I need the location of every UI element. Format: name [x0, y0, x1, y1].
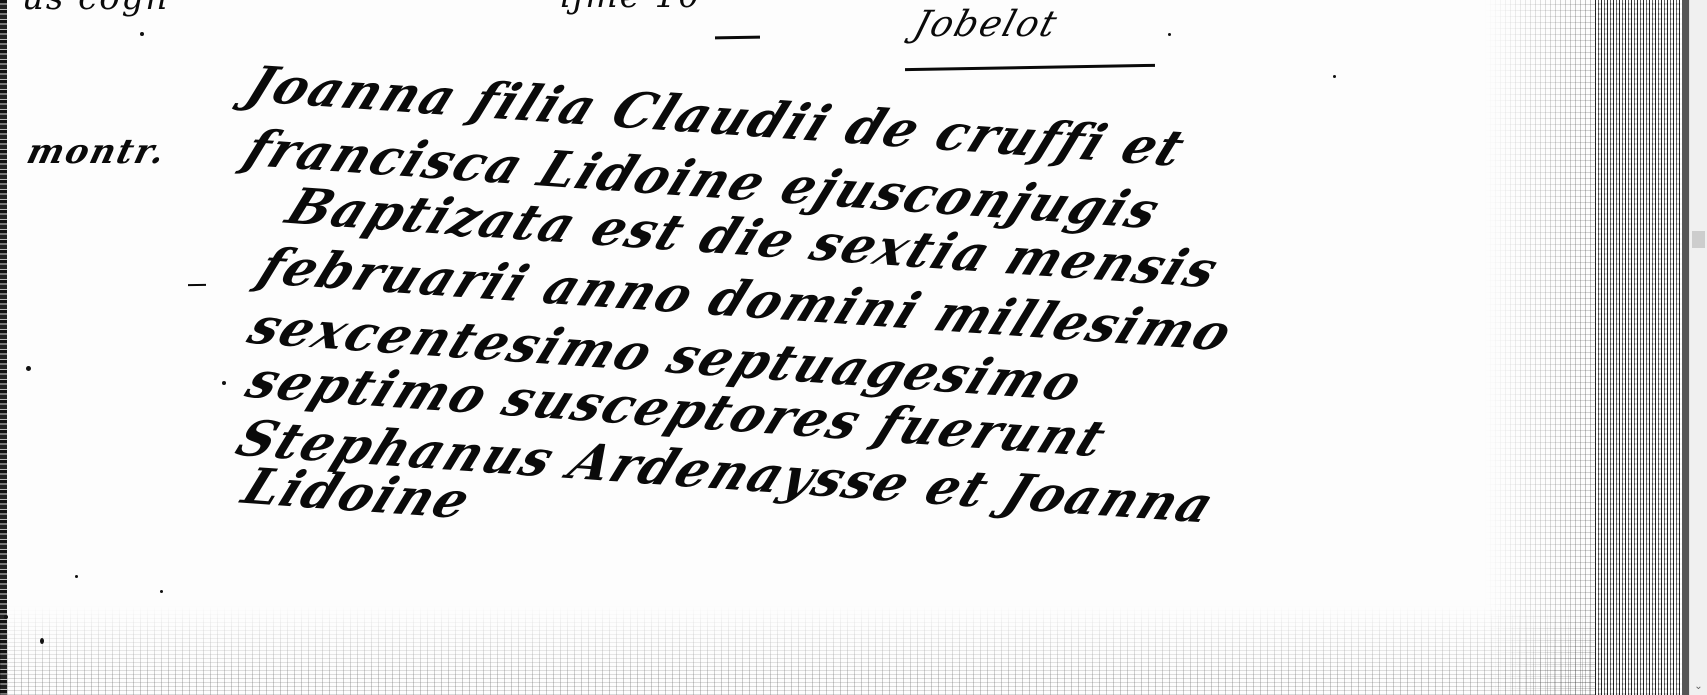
- top-fragment-middle: ijme 10: [560, 0, 702, 16]
- ink-speck: [4, 615, 8, 619]
- page-binding-edge: [1595, 0, 1690, 695]
- header-underline: [905, 64, 1155, 71]
- vertical-scrollbar[interactable]: ⌄: [1689, 0, 1707, 695]
- page-left-edge: [0, 0, 7, 695]
- scanned-register-page: us cogn ijme 10 Jobelot montr. Joanna fi…: [0, 0, 1690, 695]
- document-viewer: us cogn ijme 10 Jobelot montr. Joanna fi…: [0, 0, 1690, 695]
- ink-speck: [140, 32, 144, 36]
- binding-shadow: [1485, 0, 1595, 695]
- top-fragment-left: us cogn: [22, 0, 169, 18]
- ink-speck: [1333, 75, 1336, 78]
- ink-speck: [222, 381, 226, 385]
- margin-note: montr.: [23, 132, 171, 172]
- ink-speck: [40, 638, 44, 644]
- ink-speck: [26, 366, 31, 371]
- chevron-down-icon[interactable]: ⌄: [1690, 678, 1707, 695]
- margin-dash: [188, 284, 206, 286]
- paper-noise: [0, 605, 1600, 695]
- underline-mark: [715, 36, 760, 40]
- ink-speck: [75, 575, 78, 578]
- header-word: Jobelot: [909, 4, 1063, 45]
- ink-speck: [160, 590, 163, 593]
- ink-speck: [1168, 33, 1171, 36]
- scrollbar-thumb[interactable]: [1692, 231, 1705, 248]
